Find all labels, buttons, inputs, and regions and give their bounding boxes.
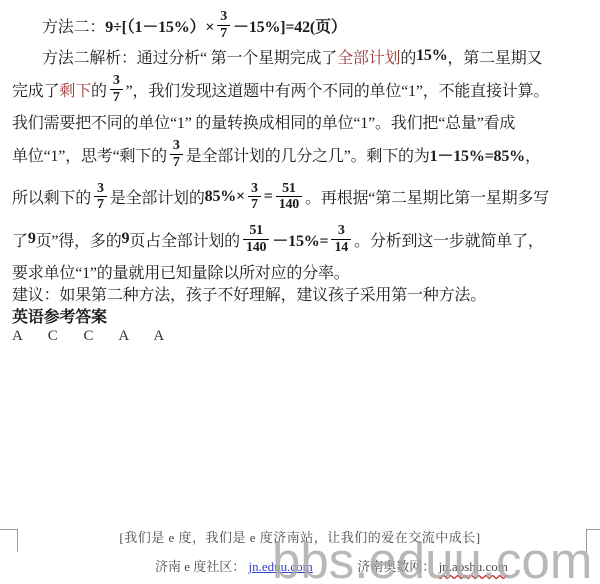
document-lines: 方法二：9÷[（1－15%）× 37－15%]=42(页）方法二解析：通过分析“… bbox=[12, 6, 592, 346]
crop-mark-right bbox=[586, 529, 600, 552]
fraction: 37 bbox=[94, 181, 107, 213]
fraction-denominator: 140 bbox=[243, 239, 269, 255]
aoshu-link[interactable]: jn.aoshu.com bbox=[439, 559, 508, 574]
text-line: 方法二：9÷[（1－15%）× 37－15%]=42(页） bbox=[12, 6, 592, 44]
fraction: 314 bbox=[331, 223, 351, 255]
formula-segment: 85%× bbox=[205, 188, 245, 206]
footer-links: 济南 e 度社区： jn.eduu.com 济南奥数网： jn.aoshu.co… bbox=[155, 556, 600, 575]
text-line: 我们需要把不同的单位“1” 的量转换成相同的单位“1”。我们把“总量”看成 bbox=[12, 110, 592, 133]
fraction-denominator: 7 bbox=[110, 89, 123, 105]
fraction-numerator: 3 bbox=[248, 181, 261, 196]
formula-segment: 1－15%=85% bbox=[430, 143, 525, 166]
text-segment: 页”得，多的 bbox=[36, 228, 122, 251]
text-line: 英语参考答案 bbox=[12, 304, 592, 326]
highlighted-text: 剩下 bbox=[59, 78, 91, 101]
fraction-denominator: 14 bbox=[331, 239, 351, 255]
text-segment: 方法二： bbox=[42, 14, 105, 37]
text-segment: 建议：如果第二种方法，孩子不好理解，建议孩子采用第一种方法。 bbox=[12, 282, 486, 305]
footer-slogan: [我们是 e 度，我们是 e 度济南站，让我们的爱在交流中成长] bbox=[0, 527, 600, 546]
formula-segment: 9 bbox=[28, 230, 36, 248]
text-segment: ， bbox=[525, 143, 541, 166]
text-segment: 单位“1”，思考“剩下的 bbox=[12, 143, 167, 166]
fraction-denominator: 7 bbox=[170, 154, 183, 170]
text-segment: 是全部计划的 bbox=[110, 185, 205, 208]
text-segment: 所以剩下的 bbox=[12, 185, 91, 208]
text-segment: 方法二解析：通过分析“ 第一个星期完成了 bbox=[42, 45, 337, 68]
text-segment: 是全部计划的几分之几”。剩下的为 bbox=[186, 143, 430, 166]
fraction: 37 bbox=[170, 138, 183, 170]
text-segment: 页占全部计划的 bbox=[129, 228, 240, 251]
text-line: A C C A A bbox=[12, 326, 592, 346]
text-segment: 的 bbox=[400, 45, 416, 68]
formula-segment: －15%]=42(页） bbox=[233, 14, 347, 37]
text-segment: ，第二星期又 bbox=[448, 45, 543, 68]
text-segment: ”，我们发现这道题中有两个不同的单位“1”，不能直接计算。 bbox=[126, 78, 550, 101]
text-line: 了 9 页”得，多的 9 页占全部计划的51140－15%=314。分析到这一步… bbox=[12, 218, 592, 260]
fraction-numerator: 3 bbox=[217, 9, 230, 24]
fraction-denominator: 140 bbox=[276, 196, 302, 212]
fraction: 37 bbox=[110, 73, 123, 105]
answer-letters: A C C A A bbox=[12, 328, 165, 345]
fraction-numerator: 51 bbox=[279, 181, 299, 196]
formula-segment: 15% bbox=[416, 47, 447, 65]
text-line: 所以剩下的37是全部计划的 85%× 37=51140。再根据“第二星期比第一星… bbox=[12, 175, 592, 218]
fraction: 51140 bbox=[243, 223, 269, 255]
document-page: 方法二：9÷[（1－15%）× 37－15%]=42(页）方法二解析：通过分析“… bbox=[0, 0, 600, 584]
formula-segment: = bbox=[264, 188, 273, 206]
text-segment: 了 bbox=[12, 228, 28, 251]
section-heading: 英语参考答案 bbox=[12, 304, 107, 327]
community-link[interactable]: jn.eduu.com bbox=[249, 559, 313, 574]
text-segment: 要求单位“1”的量就用已知量除以所对应的分率。 bbox=[12, 260, 350, 283]
text-segment: 我们需要把不同的单位“1” 的量转换成相同的单位“1”。我们把“总量”看成 bbox=[12, 110, 515, 133]
fraction-numerator: 3 bbox=[110, 73, 123, 88]
fraction-denominator: 7 bbox=[248, 196, 261, 212]
text-segment: 。分析到这一步就简单了， bbox=[354, 228, 544, 251]
aoshu-label: 济南奥数网： bbox=[357, 559, 435, 574]
formula-segment: －15%= bbox=[272, 228, 328, 251]
fraction: 37 bbox=[217, 9, 230, 41]
text-line: 要求单位“1”的量就用已知量除以所对应的分率。 bbox=[12, 260, 592, 282]
formula-segment: 9 bbox=[122, 230, 130, 248]
text-line: 完成了剩下的37”，我们发现这道题中有两个不同的单位“1”，不能直接计算。 bbox=[12, 68, 592, 110]
fraction-numerator: 3 bbox=[335, 223, 348, 238]
fraction-denominator: 7 bbox=[94, 196, 107, 212]
fraction: 37 bbox=[248, 181, 261, 213]
text-line: 单位“1”，思考“剩下的37是全部计划的几分之几”。剩下的为1－15%=85%， bbox=[12, 133, 592, 175]
community-label: 济南 e 度社区： bbox=[155, 559, 245, 574]
text-segment: 。再根据“第二星期比第一星期多写 bbox=[305, 185, 549, 208]
text-segment: 的 bbox=[91, 78, 107, 101]
fraction-numerator: 3 bbox=[94, 181, 107, 196]
fraction-numerator: 51 bbox=[246, 223, 266, 238]
text-line: 方法二解析：通过分析“ 第一个星期完成了全部计划的 15%，第二星期又 bbox=[12, 44, 592, 68]
crop-mark-left bbox=[0, 529, 18, 552]
fraction: 51140 bbox=[276, 181, 302, 213]
highlighted-text: 全部计划 bbox=[337, 45, 400, 68]
fraction-denominator: 7 bbox=[217, 25, 230, 41]
text-line: 建议：如果第二种方法，孩子不好理解，建议孩子采用第一种方法。 bbox=[12, 282, 592, 304]
text-segment: 完成了 bbox=[12, 78, 59, 101]
formula-segment: 9÷[（1－15%）× bbox=[105, 14, 214, 37]
fraction-numerator: 3 bbox=[170, 138, 183, 153]
